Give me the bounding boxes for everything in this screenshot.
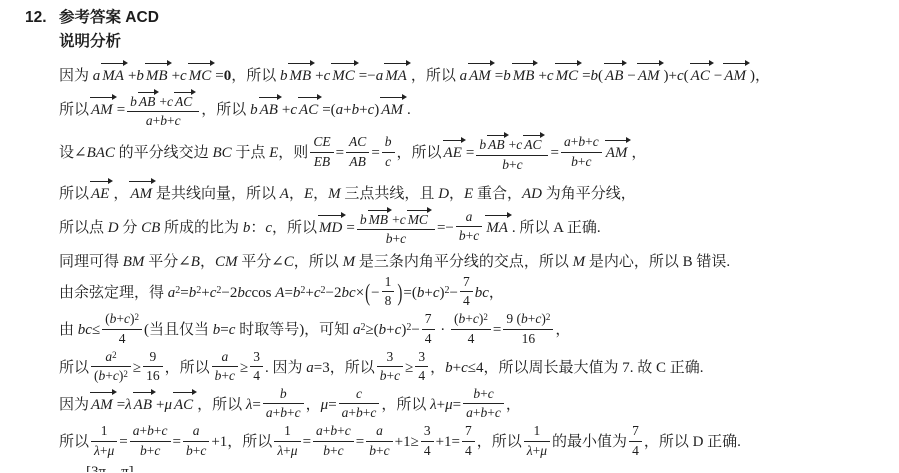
math-text: 的平分线交边 (115, 145, 213, 161)
math-text: + (348, 405, 356, 420)
solution-line: 由余弦定理，得 a2=b2+c2−2bccos A=b2+c2−2bc×(−18… (59, 277, 895, 310)
math-text: 16 (522, 331, 536, 346)
vector: MA (101, 60, 127, 87)
math-text: ，所以 (165, 360, 210, 376)
math-var: b (147, 423, 154, 438)
math-text: 所以点 (59, 220, 108, 236)
math-text: 4 (424, 443, 431, 458)
vector: MB (288, 60, 314, 87)
math-text: ， (430, 360, 445, 376)
superscript: 2 (135, 312, 140, 322)
math-text: 1 (385, 274, 392, 289)
vector: AM (380, 94, 406, 121)
math-text: ， (489, 285, 504, 301)
fraction: ab+c (183, 424, 209, 457)
math-text: 是共线向量，所以 (156, 186, 280, 202)
math-var: b (186, 443, 193, 458)
vector: AE (443, 137, 465, 164)
math-var: b (250, 102, 258, 118)
fraction: 18 (382, 275, 395, 308)
math-var: a (316, 423, 323, 438)
vector: AC (298, 94, 321, 121)
math-text: ≥ (133, 360, 141, 376)
big-paren: ( (365, 277, 370, 312)
math-var: c (154, 443, 160, 458)
math-var: μ (540, 443, 547, 458)
math-var: b (521, 311, 528, 326)
math-text: 4 (119, 331, 126, 346)
math-text: = (582, 68, 590, 84)
math-text: −2 (221, 285, 237, 301)
fraction: a2(b+c)2 (91, 350, 131, 383)
math-var: a (146, 113, 153, 128)
math-text: + (287, 405, 295, 420)
math-var: c (290, 102, 297, 118)
math-text: ，所以 (201, 102, 250, 118)
math-text: ，所以 (197, 397, 246, 413)
fraction: 1λ+μ (524, 424, 550, 457)
vector: AB (259, 94, 281, 121)
math-text: +1，所以 (211, 435, 272, 451)
math-text: ，所以 (231, 68, 280, 84)
math-text: −2 (326, 285, 342, 301)
math-text: 三点共线，且 (341, 186, 439, 202)
math-var: b (360, 212, 367, 227)
math-var: c (180, 68, 187, 84)
math-text: 3 (387, 349, 394, 364)
fraction: 74 (422, 312, 435, 345)
math-var: c (370, 405, 376, 420)
fraction: ab+c (456, 210, 482, 243)
math-text: = (550, 145, 558, 161)
vector: MC (331, 60, 358, 87)
math-text: ， (506, 397, 521, 413)
math-text: ≥ (240, 360, 248, 376)
math-var: a (193, 423, 200, 438)
solution-line: 所以AM=bAB+cACa+b+c，所以 bAB+cAC=(a+b+c)AM. (59, 91, 895, 130)
vector: MC (188, 60, 215, 87)
document-page: 12. 参考答案 ACD 说明分析 因为 aMA+bMB+cMC=0，所以 bM… (0, 0, 899, 472)
fraction: CEEB (310, 135, 333, 168)
fraction: a+b+cb+c (313, 424, 354, 457)
math-var: M (328, 186, 341, 202)
solution-line: 同理可得 BM 平分∠B，CM 平分∠C，所以 M 是三条内角平分线的交点，所以… (59, 252, 895, 273)
vector: AM (90, 94, 116, 121)
math-var: E (304, 186, 313, 202)
math-var: a (466, 405, 473, 420)
math-text: − (371, 285, 379, 301)
math-var: b (160, 113, 167, 128)
fraction: a+b+cb+c (561, 135, 602, 168)
math-text: + (376, 443, 384, 458)
answer-content: 参考答案 ACD 说明分析 因为 aMA+bMB+cMC=0，所以 bMB+cM… (59, 8, 895, 472)
math-text: 设∠ (59, 145, 87, 161)
vector: AC (690, 60, 713, 87)
math-text: = (252, 397, 260, 413)
math-text: + (473, 405, 481, 420)
fraction: b+ca+b+c (463, 387, 504, 420)
math-text: 为角平分线， (542, 186, 636, 202)
math-text: ，所以 (294, 254, 343, 270)
math-var: a (93, 68, 101, 84)
fraction: 34 (250, 350, 263, 383)
superscript: 2 (546, 312, 551, 322)
fraction: ab+c (366, 424, 392, 457)
math-text: 7 (632, 423, 639, 438)
math-var: c (338, 443, 344, 458)
vector: AM (468, 60, 494, 87)
math-text: ，则 (278, 145, 308, 161)
math-text: 平分∠ (237, 254, 283, 270)
math-text: = (303, 435, 311, 451)
math-text: + (105, 368, 113, 383)
math-text: + (343, 102, 351, 118)
math-text: ， (313, 186, 328, 202)
math-text: 同理可得 (59, 254, 123, 270)
math-text: + (305, 285, 313, 301)
fraction: 74 (629, 424, 642, 457)
fraction: bAB+cACb+c (476, 132, 548, 171)
math-text: = (117, 397, 125, 413)
math-text: 所以 (59, 186, 89, 202)
question-number: 12. (25, 8, 59, 472)
vector: MC (555, 60, 582, 87)
vector: AE (90, 178, 112, 205)
math-var: a (564, 134, 571, 149)
math-text: ， (631, 145, 646, 161)
math-text: = (336, 145, 344, 161)
math-var: c (495, 405, 501, 420)
math-var: b (479, 137, 486, 152)
vector: AC (174, 89, 195, 109)
math-text: =( (322, 102, 335, 118)
vector: MA (485, 212, 511, 239)
math-text: ≤4，所以周长最大值为 7. 故 C 正确. (468, 360, 704, 376)
vector: MD (318, 212, 345, 239)
math-text: + (437, 397, 445, 413)
math-text: 1 (284, 423, 291, 438)
big-paren: ) (397, 277, 402, 312)
math-var: c (385, 154, 391, 169)
math-var: c (677, 68, 684, 84)
math-text: 因为 (59, 68, 93, 84)
fraction: bAB+cACa+b+c (127, 89, 199, 128)
math-var: A (280, 186, 289, 202)
math-var: c (167, 94, 173, 109)
math-var: CB (141, 220, 160, 236)
math-text: 3 (253, 349, 260, 364)
math-text: 4 (632, 443, 639, 458)
math-text: + (172, 68, 180, 84)
math-var: D (108, 220, 119, 236)
math-var: c (516, 137, 522, 152)
fraction: (b+c)24 (102, 312, 142, 345)
math-text: + (116, 311, 124, 326)
math-text: − (449, 285, 457, 301)
math-var: b (503, 68, 511, 84)
math-var: E (464, 186, 473, 202)
math-text: 所以 (59, 102, 89, 118)
math-text: ， (555, 322, 570, 338)
math-text: ，所以 (477, 435, 522, 451)
fraction: (b+c)24 (451, 312, 491, 345)
solution-line: 因为 aMA+bMB+cMC=0，所以 bMB+cMC=−aMA，所以 aAM=… (59, 60, 895, 87)
math-text: + (315, 68, 323, 84)
math-text: . 所以 A 正确. (512, 220, 601, 236)
math-text: )+ (664, 68, 677, 84)
math-var: b (369, 443, 376, 458)
math-text: + (424, 285, 432, 301)
vector: AC (173, 389, 196, 416)
math-var: c (229, 368, 235, 383)
math-text: 于点 (232, 145, 270, 161)
math-text: = (117, 102, 125, 118)
math-text: + (386, 368, 394, 383)
fraction: 34 (421, 424, 434, 457)
math-text: . 因为 (265, 360, 306, 376)
vector: MB (512, 60, 538, 87)
math-text: ( (684, 68, 689, 84)
math-var: b (130, 94, 137, 109)
math-var: c (345, 423, 351, 438)
math-text: ( (598, 68, 603, 84)
math-text: 4 (463, 293, 470, 308)
math-text: 所以 (59, 360, 89, 376)
math-var: b (280, 405, 287, 420)
math-text: ， (113, 186, 128, 202)
math-var: b (502, 157, 509, 172)
vector: AM (723, 60, 749, 87)
math-text: = (371, 145, 379, 161)
math-text: ) (374, 102, 379, 118)
math-text: =3，所以 (314, 360, 375, 376)
math-var: c (400, 212, 406, 227)
math-text: 分 (119, 220, 142, 236)
vector: AB (487, 132, 508, 152)
math-text: + (330, 443, 338, 458)
math-var: c (324, 68, 331, 84)
vector: AB (133, 389, 155, 416)
math-text: 是三条内角平分线的交点，所以 (355, 254, 573, 270)
math-text: ， (200, 254, 215, 270)
math-text: + (154, 423, 162, 438)
math-text: 是内心，所以 B 错误. (585, 254, 730, 270)
math-text: 因为 (59, 397, 89, 413)
fraction: 1λ+μ (91, 424, 117, 457)
math-var: c (314, 285, 321, 301)
math-text: ，所以 D 正确. (644, 435, 741, 451)
math-var: bc (237, 285, 251, 301)
math-text: = (466, 145, 474, 161)
math-text: ，所以 (272, 220, 317, 236)
math-text: + (221, 368, 229, 383)
solution-line: 所以AE，AM是共线向量，所以 A，E，M 三点共线，且 D，E 重合，AD 为… (59, 178, 895, 205)
vector: AB (604, 60, 626, 87)
math-text: + (453, 360, 461, 376)
math-text: 由 (59, 322, 78, 338)
math-text: ，所以 (397, 145, 442, 161)
math-var: bc (475, 285, 489, 301)
math-text: ≥( (365, 322, 378, 338)
math-var: AB (349, 154, 366, 169)
math-text: 的最小值为 (552, 435, 627, 451)
math-text: = (119, 435, 127, 451)
math-text: − (411, 322, 419, 338)
math-var: D (438, 186, 449, 202)
math-var: a (266, 405, 273, 420)
math-text: = (346, 220, 354, 236)
math-text: × (356, 285, 364, 301)
math-text: 4 (468, 331, 475, 346)
math-text: + (201, 285, 209, 301)
math-var: b (445, 360, 453, 376)
math-var: c (593, 134, 599, 149)
fraction: 916 (143, 350, 163, 383)
vector: AB (138, 89, 159, 109)
fraction: 1λ+μ (274, 424, 300, 457)
math-text: . (407, 102, 411, 118)
math-text: )， (750, 68, 770, 84)
math-var: b (459, 228, 466, 243)
math-var: c (400, 231, 406, 246)
math-text: 7 (465, 423, 472, 438)
math-text: − (627, 68, 635, 84)
fraction: 34 (415, 350, 428, 383)
vector: MB (368, 207, 392, 227)
math-var: b (280, 68, 288, 84)
math-text: + (465, 311, 473, 326)
math-text: 平分∠ (144, 254, 190, 270)
math-text: = (495, 68, 503, 84)
math-var: M (343, 254, 356, 270)
math-text: =− (359, 68, 376, 84)
solution-line: 所以点 D 分 CB 所成的比为 b：c，所以MD=bMB+cMCb+c=−ab… (59, 209, 895, 248)
math-var: E (269, 145, 278, 161)
fraction: ACAB (346, 135, 369, 168)
math-text: = (173, 435, 181, 451)
math-var: a (376, 423, 383, 438)
math-var: μ (445, 397, 453, 413)
math-var: b (571, 154, 578, 169)
math-var: c (384, 443, 390, 458)
math-text: + (283, 443, 291, 458)
math-text: ， (449, 186, 464, 202)
superscript: 2 (483, 312, 488, 322)
math-text: =− (437, 220, 454, 236)
math-text: 3 (424, 423, 431, 438)
solution-line: 所以1λ+μ=a+b+cb+c=ab+c+1，所以1λ+μ=a+b+cb+c=a… (59, 426, 895, 459)
math-text: 7 (425, 311, 432, 326)
math-var: c (473, 228, 479, 243)
math-text: + (140, 423, 148, 438)
math-var: CM (215, 254, 238, 270)
math-var: B (191, 254, 200, 270)
solution-line: 因为AM=λAB+μAC，所以 λ=ba+b+c，μ=ca+b+c，所以 λ+μ… (59, 389, 895, 422)
math-var: b (140, 443, 147, 458)
fraction: ba+b+c (263, 387, 304, 420)
math-var: c (200, 443, 206, 458)
math-text: ，所以 (381, 397, 430, 413)
math-var: c (162, 423, 168, 438)
vector: AM (637, 60, 663, 87)
math-text: ≥ (405, 360, 413, 376)
fraction: 9 (b+c)216 (503, 312, 553, 345)
math-var: c (461, 360, 468, 376)
math-text: 9 ( (506, 311, 521, 326)
math-var: BC (212, 145, 231, 161)
math-text: 1 (101, 423, 108, 438)
math-var: b (591, 68, 599, 84)
math-text: + (167, 113, 175, 128)
math-text: + (359, 102, 367, 118)
math-var: c (175, 113, 181, 128)
math-text: + (392, 231, 400, 246)
math-text: = (453, 397, 461, 413)
math-text: 所成的比为 (160, 220, 243, 236)
math-text: + (487, 405, 495, 420)
fraction: bc (382, 135, 395, 168)
math-var: c (517, 157, 523, 172)
math-var: EB (314, 154, 331, 169)
vector: AC (523, 132, 544, 152)
fraction: a+b+cb+c (130, 424, 171, 457)
math-var: CE (313, 134, 330, 149)
solution-line: 由 bc≤(b+c)24(当且仅当 b=c 时取等号)，可知 a2≥(b+c)2… (59, 314, 895, 347)
math-var: b (136, 68, 144, 84)
math-text: 8 (385, 293, 392, 308)
analysis-heading: 说明分析 (59, 32, 895, 52)
math-text: + (100, 443, 108, 458)
math-var: a (133, 423, 140, 438)
superscript: 2 (123, 369, 128, 379)
math-text: = (215, 68, 223, 84)
math-var: μ (108, 443, 115, 458)
math-text: 4 (253, 368, 260, 383)
fraction: ab+c (212, 350, 238, 383)
math-text: = (220, 322, 228, 338)
math-var: M (573, 254, 586, 270)
math-var: a (221, 349, 228, 364)
math-var: μ (164, 397, 172, 413)
math-var: bc (342, 285, 356, 301)
math-text: 4 (425, 331, 432, 346)
math-text: 16 (146, 368, 160, 383)
math-text: − (714, 68, 722, 84)
math-var: a (466, 209, 473, 224)
math-text: +1= (436, 435, 460, 451)
math-var: bc (78, 322, 92, 338)
vector: AM (90, 389, 116, 416)
math-text: · (437, 322, 450, 338)
math-var: c (356, 386, 362, 401)
math-text: + (578, 154, 586, 169)
math-var: a (376, 68, 384, 84)
answer-title: 参考答案 ACD (59, 8, 895, 28)
vector: MA (384, 60, 410, 87)
vector: MB (145, 60, 171, 87)
cutoff-next-line: [3π，π] (86, 464, 895, 472)
superscript: 2 (112, 350, 117, 360)
math-text: 由余弦定理，得 (59, 285, 168, 301)
math-var: c (586, 154, 592, 169)
math-text: =( (403, 285, 416, 301)
math-var: b (356, 405, 363, 420)
math-var: c (547, 68, 554, 84)
math-text: + (386, 322, 394, 338)
math-text: + (585, 134, 593, 149)
fraction: bMB+cMCb+c (357, 207, 435, 246)
math-var: b (323, 443, 330, 458)
